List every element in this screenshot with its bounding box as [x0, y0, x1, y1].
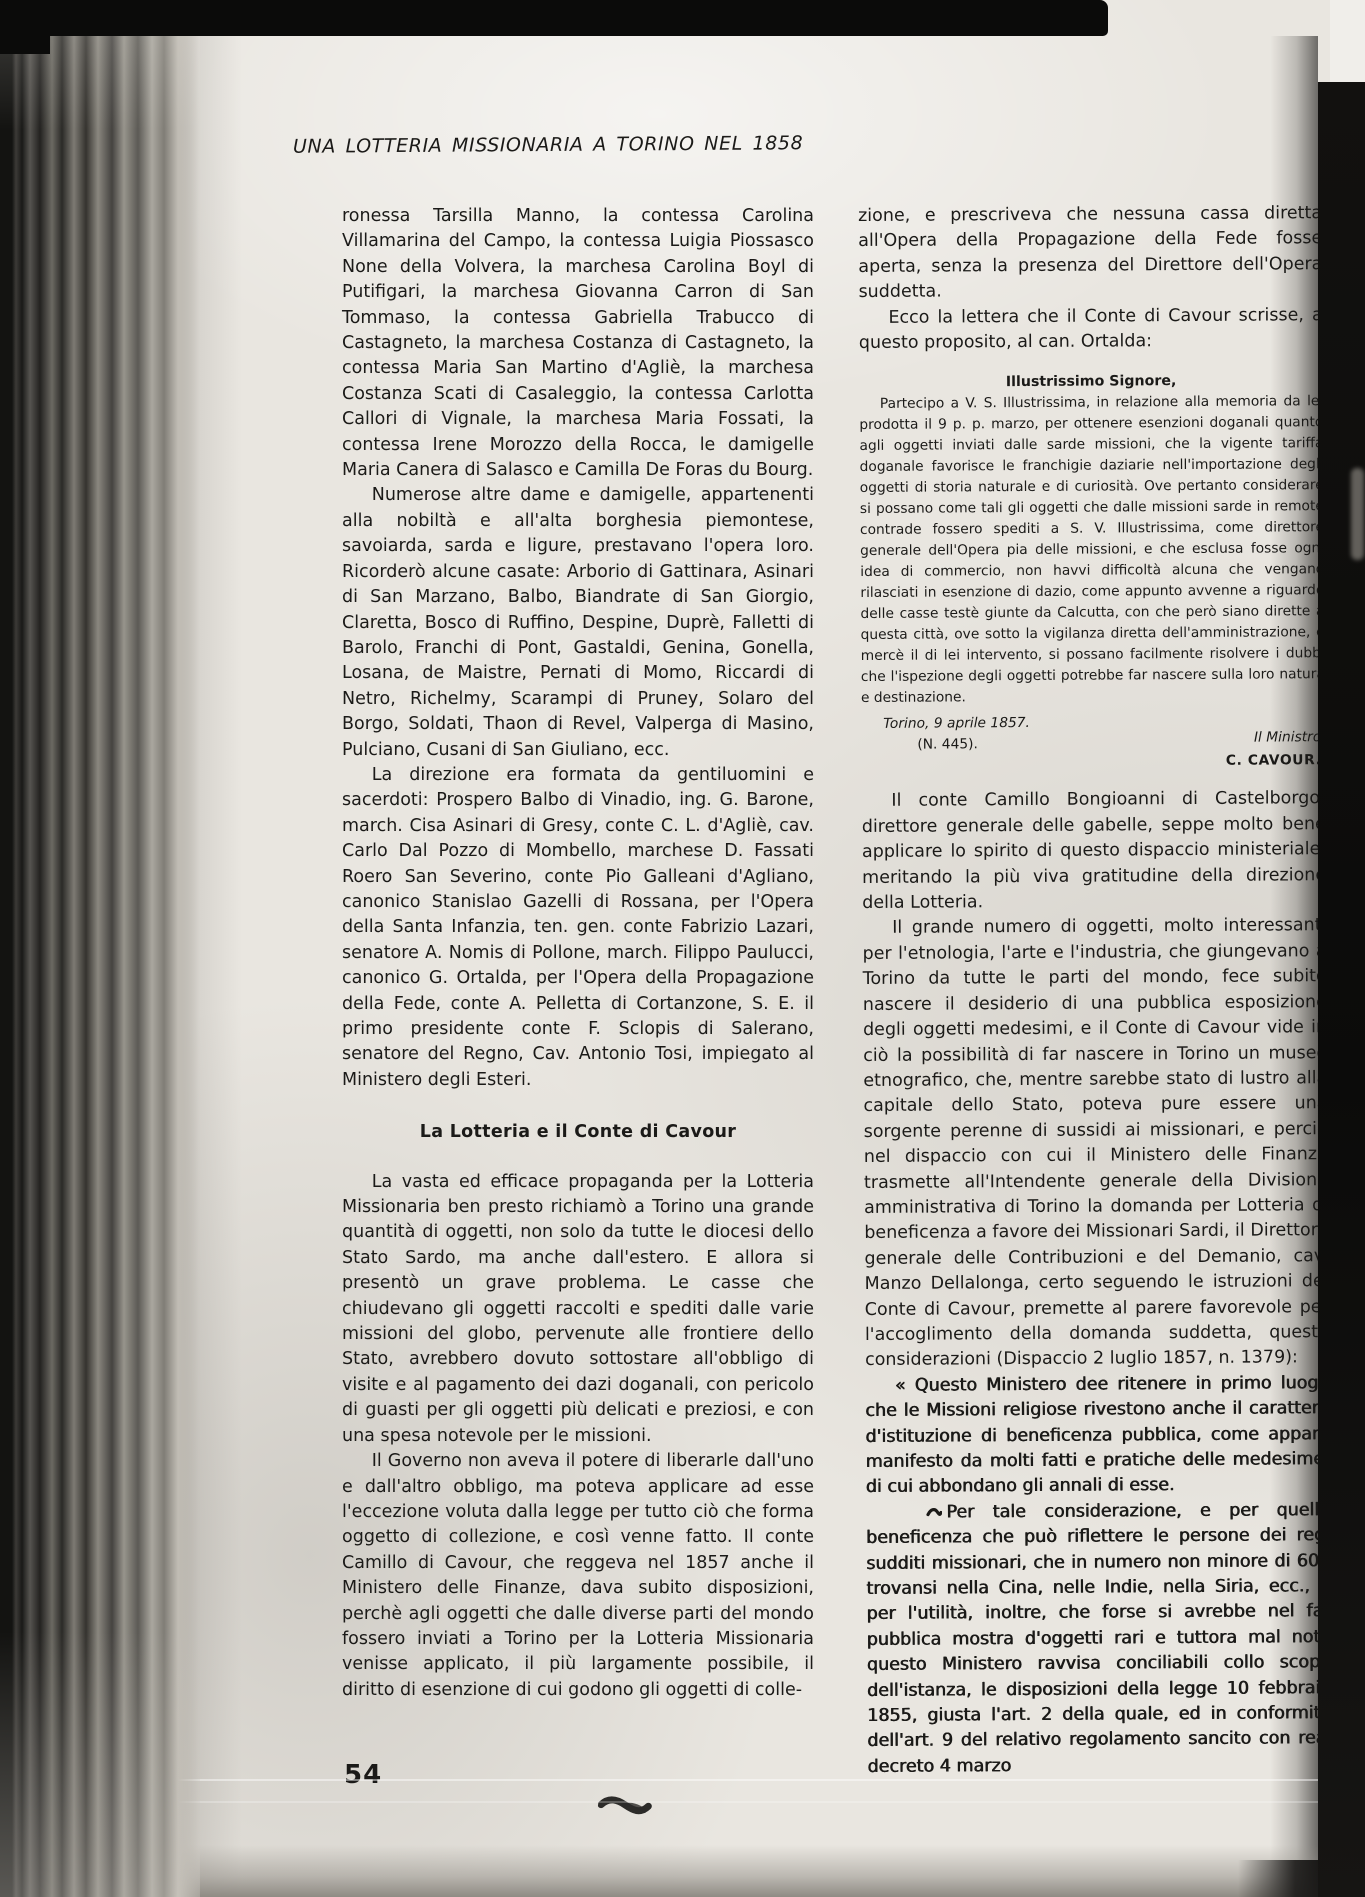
- ink-mark-icon: [896, 1500, 942, 1526]
- paragraph: ronessa Tarsilla Manno, la contessa Caro…: [342, 204, 814, 483]
- ink-smudge-icon: [596, 1788, 654, 1825]
- paragraph: Ecco la lettera che il Conte di Cavour s…: [859, 303, 1323, 357]
- letter-protocol-number: (N. 445).: [861, 734, 1030, 756]
- letter-place-date: Torino, 9 aprile 1857.: [861, 713, 1030, 735]
- page-edge-shadow: [1270, 36, 1318, 1897]
- paragraph: Il conte Camillo Bongioanni di Castelbor…: [862, 787, 1327, 917]
- letter-block: Illustrissimo Signore, Partecipo a V. S.…: [859, 371, 1325, 775]
- paragraph: Il Governo non aveva il potere di libera…: [342, 1449, 814, 1703]
- letter-footer: Torino, 9 aprile 1857. (N. 445). Il Mini…: [861, 712, 1325, 775]
- paragraph: Il grande numero di oggetti, molto inter…: [862, 914, 1329, 1374]
- scan-scratch-line: [178, 1801, 1318, 1803]
- scan-border-bottom: [170, 1845, 1365, 1897]
- paragraph: Per tale considerazione, e per quella be…: [866, 1498, 1332, 1780]
- paragraph: « Questo Ministero dee ritenere in primo…: [865, 1371, 1330, 1501]
- page-content: UNA LOTTERIA MISSIONARIA A TORINO NEL 18…: [0, 0, 1365, 1897]
- running-title: UNA LOTTERIA MISSIONARIA A TORINO NEL 18…: [293, 132, 803, 158]
- scan-scratch-line: [178, 1779, 1318, 1781]
- scan-border-top: [0, 0, 1108, 36]
- left-column: ronessa Tarsilla Manno, la contessa Caro…: [342, 204, 814, 1703]
- letter-body: Partecipo a V. S. Illustrissima, in rela…: [859, 392, 1325, 710]
- book-gutter-shadow: [0, 0, 200, 1897]
- paragraph: La direzione era formata da gentiluomini…: [342, 763, 814, 1093]
- paragraph-text: Per tale considerazione, e per quella be…: [866, 1500, 1331, 1777]
- paragraph: zione, e prescriveva che nessuna cassa d…: [858, 201, 1323, 305]
- paragraph: La vasta ed efficace propaganda per la L…: [342, 1170, 814, 1449]
- section-heading: La Lotteria e il Conte di Cavour: [342, 1120, 814, 1145]
- letter-date-block: Torino, 9 aprile 1857. (N. 445).: [861, 713, 1030, 774]
- paragraph: Numerose altre dame e damigelle, apparte…: [342, 483, 814, 762]
- scanned-book-page: UNA LOTTERIA MISSIONARIA A TORINO NEL 18…: [0, 0, 1365, 1897]
- scan-edge-highlight: [1351, 468, 1364, 560]
- right-column: zione, e prescriveva che nessuna cassa d…: [858, 201, 1332, 1780]
- scan-border-right: [1318, 82, 1365, 1897]
- letter-salutation: Illustrissimo Signore,: [859, 371, 1323, 395]
- page-number: 54: [344, 1760, 382, 1790]
